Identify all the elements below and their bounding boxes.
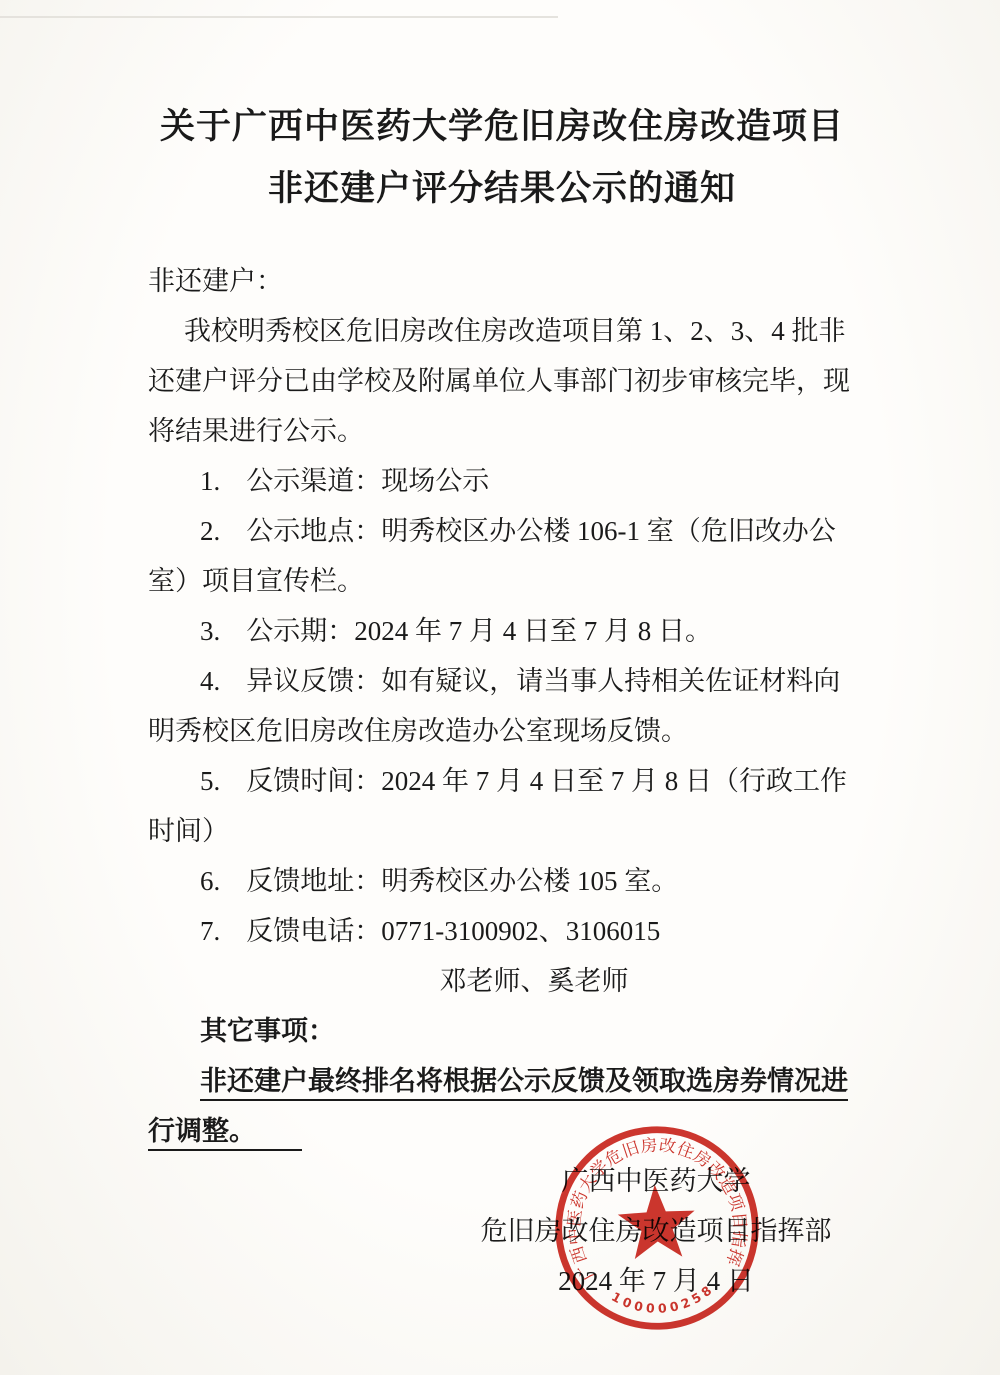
list-item-7-text: 反馈电话：0771-3100902、3106015 [246,916,660,946]
list-item-2-text: 公示地点：明秀校区办公楼 106-1 室（危旧改办公室）项目宣传栏。 [148,516,836,596]
note-underline-tail [256,1149,302,1151]
list-item-6: 6.反馈地址：明秀校区办公楼 105 室。 [148,856,856,906]
official-stamp: 广西中医药大学危旧房改住房改造项目指挥部 1000002580 [546,1117,769,1340]
list-item-6-number: 6. [200,866,220,896]
document-title-line-2: 非还建户评分结果公示的通知 [148,158,856,220]
contact-teachers: 邓老师、奚老师 [148,956,856,1006]
scan-artifact-line [0,16,558,18]
stamp-ring-text: 广西中医药大学危旧房改住房改造项目指挥部 [546,1117,752,1286]
document-title-line-1: 关于广西中医药大学危旧房改住房改造项目 [148,96,856,158]
list-item-1: 1.公示渠道：现场公示 [148,456,856,506]
document-title: 关于广西中医药大学危旧房改住房改造项目 非还建户评分结果公示的通知 [148,96,856,220]
list-item-3-text: 公示期：2024 年 7 月 4 日至 7 月 8 日。 [246,616,712,646]
list-item-1-text: 公示渠道：现场公示 [246,466,489,496]
list-item-2-number: 2. [200,516,220,546]
list-item-1-number: 1. [200,466,220,496]
list-item-6-text: 反馈地址：明秀校区办公楼 105 室。 [246,866,678,896]
stamp-ring-text-holder: 广西中医药大学危旧房改住房改造项目指挥部 [546,1117,752,1286]
list-item-4-text: 异议反馈：如有疑议，请当事人持相关佐证材料向明秀校区危旧房改住房改造办公室现场反… [148,666,840,746]
list-item-5-text: 反馈时间：2024 年 7 月 4 日至 7 月 8 日（行政工作时间） [148,766,847,846]
list-item-7: 7.反馈电话：0771-3100902、3106015 [148,906,856,956]
list-item-2: 2.公示地点：明秀校区办公楼 106-1 室（危旧改办公室）项目宣传栏。 [148,506,856,606]
list-item-5: 5.反馈时间：2024 年 7 月 4 日至 7 月 8 日（行政工作时间） [148,756,856,856]
list-item-5-number: 5. [200,766,220,796]
list-item-3-number: 3. [200,616,220,646]
page: 关于广西中医药大学危旧房改住房改造项目 非还建户评分结果公示的通知 非还建户： … [0,0,1000,1375]
list-item-3: 3.公示期：2024 年 7 月 4 日至 7 月 8 日。 [148,606,856,656]
salutation: 非还建户： [148,256,856,306]
list-item-4: 4.异议反馈：如有疑议，请当事人持相关佐证材料向明秀校区危旧房改住房改造办公室现… [148,656,856,756]
list-item-7-number: 7. [200,916,220,946]
other-matters-heading: 其它事项： [148,1006,856,1056]
stamp-star-icon [616,1183,697,1260]
list-item-4-number: 4. [200,666,220,696]
intro-paragraph: 我校明秀校区危旧房改住房改造项目第 1、2、3、4 批非还建户评分已由学校及附属… [148,306,856,456]
